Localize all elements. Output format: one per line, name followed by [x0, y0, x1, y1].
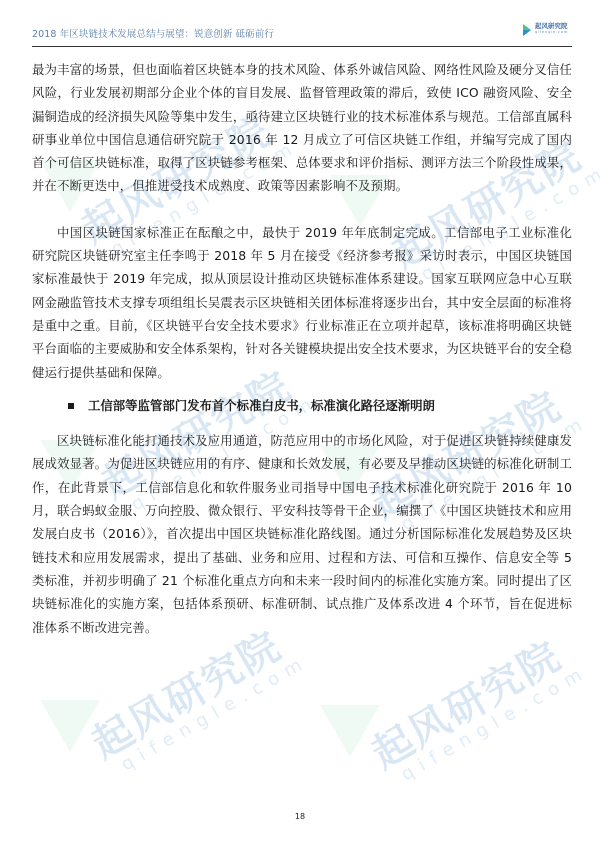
- watermark-triangle-icon: [320, 705, 380, 757]
- document-title: 2018 年区块链技术发展总结与展望：锐意创新 砥砺前行: [32, 26, 274, 40]
- body-paragraph: 最为丰富的场景，但也面临着区块链本身的技术风险、体系外诚信风险、网络性风险及硬分…: [32, 58, 572, 198]
- paragraph-spacer: [32, 384, 572, 394]
- page-header: 2018 年区块链技术发展总结与展望：锐意创新 砥砺前行 起风研究院 qifen…: [32, 22, 572, 47]
- watermark-triangle-icon: [40, 700, 100, 752]
- watermark-url: qifengle.com: [398, 661, 593, 786]
- watermark-url: qifengle.com: [118, 651, 313, 776]
- play-triangle-logo-icon: [522, 22, 532, 36]
- logo-url: qifengle.com: [535, 31, 568, 35]
- body-paragraph: 中国区块链国家标准正在酝酿之中，最快于 2019 年年底制定完成。工信部电子工业…: [32, 221, 572, 384]
- paragraph-spacer: [32, 417, 572, 429]
- watermark-text: 起风研究院: [360, 617, 585, 780]
- body-paragraph: 区块链标准化能打通技术及应用通道，防范应用中的市场化风险，对于促进区块链持续健康…: [32, 429, 572, 639]
- logo-name: 起风研究院: [535, 23, 568, 30]
- paragraph-spacer: [32, 198, 572, 221]
- section-subheading: 工信部等监管部门发布首个标准白皮书，标准演化路径逐渐明朗: [32, 394, 572, 417]
- black-square-bullet-icon: [68, 403, 74, 409]
- subheading-text: 工信部等监管部门发布首个标准白皮书，标准演化路径逐渐明朗: [88, 394, 435, 417]
- page-number: 18: [0, 812, 600, 821]
- logo-text: 起风研究院 qifengle.com: [535, 23, 568, 34]
- document-body: 最为丰富的场景，但也面临着区块链本身的技术风险、体系外诚信风险、网络性风险及硬分…: [32, 58, 572, 639]
- watermark: 起风研究院 qifengle.com: [360, 617, 593, 793]
- brand-logo: 起风研究院 qifengle.com: [522, 22, 568, 36]
